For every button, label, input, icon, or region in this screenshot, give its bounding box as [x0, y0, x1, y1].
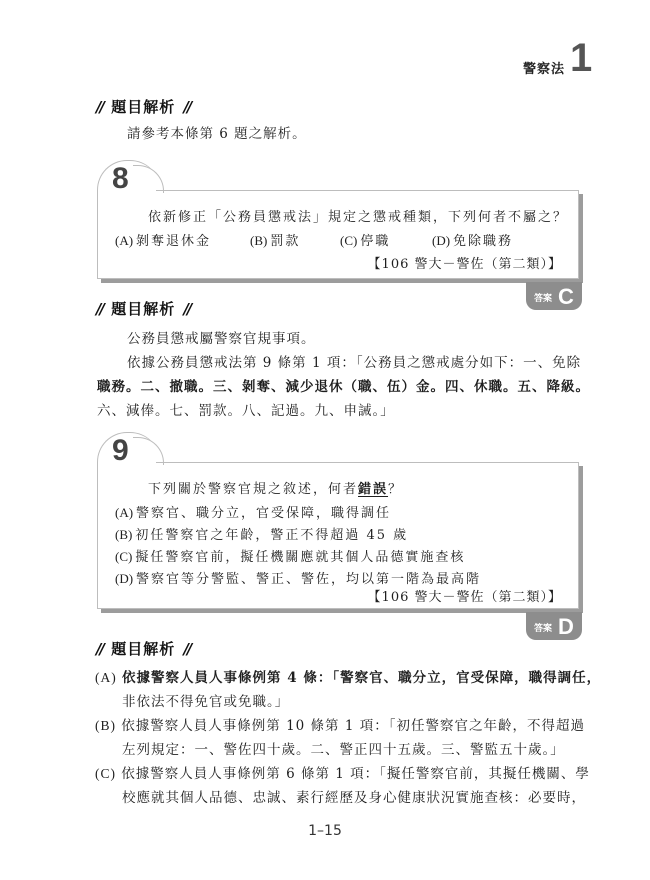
analysis-9-item-b: (B) 依據警察人員人事條例第 10 條第 1 項：「初任警察官之年齡，不得超過 [95, 714, 585, 738]
question-number: 9 [112, 434, 129, 468]
chapter-title: 警察法 [523, 58, 565, 77]
option-c: (C)擬任警察官前，擬任機關應就其個人品德實施查核 [115, 546, 465, 565]
analysis-8-line4: 六、減俸。七、罰款。八、記過。九、申誡。」 [97, 399, 395, 423]
option-b: (B)罰款 [250, 230, 300, 249]
question-box-8: 8 依新修正「公務員懲戒法」規定之懲戒種類，下列何者不屬之？ (A)剝奪退休金 … [97, 190, 579, 279]
option-d: (D)警察官等分警監、警正、警佐，均以第一階為最高階 [115, 568, 481, 587]
option-c: (C)停職 [340, 230, 390, 249]
chapter-number: 1 [570, 38, 592, 78]
analysis-9-item-a: (A) 依據警察人員人事條例第 4 條：「警察官、職分立，官受保障，職得調任， [95, 666, 601, 690]
answer-badge-9: 答案 D [526, 612, 582, 640]
analysis-9-item-c: (C) 依據警察人員人事條例第 6 條第 1 項：「擬任警察官前，其擬任機關、學 [95, 762, 590, 786]
slash-icon: // [96, 300, 103, 318]
section-header-analysis: // 題目解析 // [94, 96, 192, 117]
analysis-7-text: 請參考本條第 6 題之解析。 [127, 122, 307, 146]
option-b: (B)初任警察官之年齡，警正不得超過 45 歲 [115, 524, 408, 543]
slash-icon: // [183, 640, 190, 658]
analysis-8-line1: 公務員懲戒屬警察官規事項。 [127, 327, 316, 351]
analysis-8-line3: 職務。二、撤職。三、剝奪、減少退休（職、伍）金。四、休職。五、降級。 [97, 375, 590, 399]
question-number: 8 [112, 162, 129, 196]
page-number: 1–15 [0, 823, 650, 839]
emphasis-wrong: 錯誤 [358, 482, 388, 497]
analysis-8-line2: 依據公務員懲戒法第 9 條第 1 項：「公務員之懲戒處分如下：一、免除 [127, 351, 581, 375]
slash-icon: // [96, 640, 103, 658]
option-a: (A)剝奪退休金 [115, 230, 211, 249]
answer-badge-8: 答案 C [526, 282, 582, 310]
question-stem: 依新修正「公務員懲戒法」規定之懲戒種類，下列何者不屬之？ [148, 206, 568, 225]
analysis-9-item-a-cont: 非依法不得免官或免職。」 [122, 690, 289, 714]
analysis-9-item-c-cont: 校應就其個人品德、忠誠、素行經歷及身心健康狀況實施查核：必要時， [122, 786, 586, 810]
section-header-analysis: // 題目解析 // [94, 298, 192, 319]
question-source: 【106 警大－警佐（第二類）】 [368, 253, 562, 272]
question-source: 【106 警大－警佐（第二類）】 [368, 586, 562, 605]
section-header-analysis: // 題目解析 // [94, 638, 192, 659]
option-d: (D)免除職務 [432, 230, 513, 249]
slash-icon: // [183, 300, 190, 318]
question-stem: 下列關於警察官規之敘述，何者錯誤？ [148, 478, 403, 497]
slash-icon: // [183, 98, 190, 116]
option-a: (A)警察官、職分立，官受保障，職得調任 [115, 502, 391, 521]
analysis-9-item-b-cont: 左列規定：一、警佐四十歲。二、警正四十五歲。三、警監五十歲。」 [122, 738, 565, 762]
slash-icon: // [96, 98, 103, 116]
question-box-9: 9 下列關於警察官規之敘述，何者錯誤？ (A)警察官、職分立，官受保障，職得調任… [97, 462, 579, 609]
